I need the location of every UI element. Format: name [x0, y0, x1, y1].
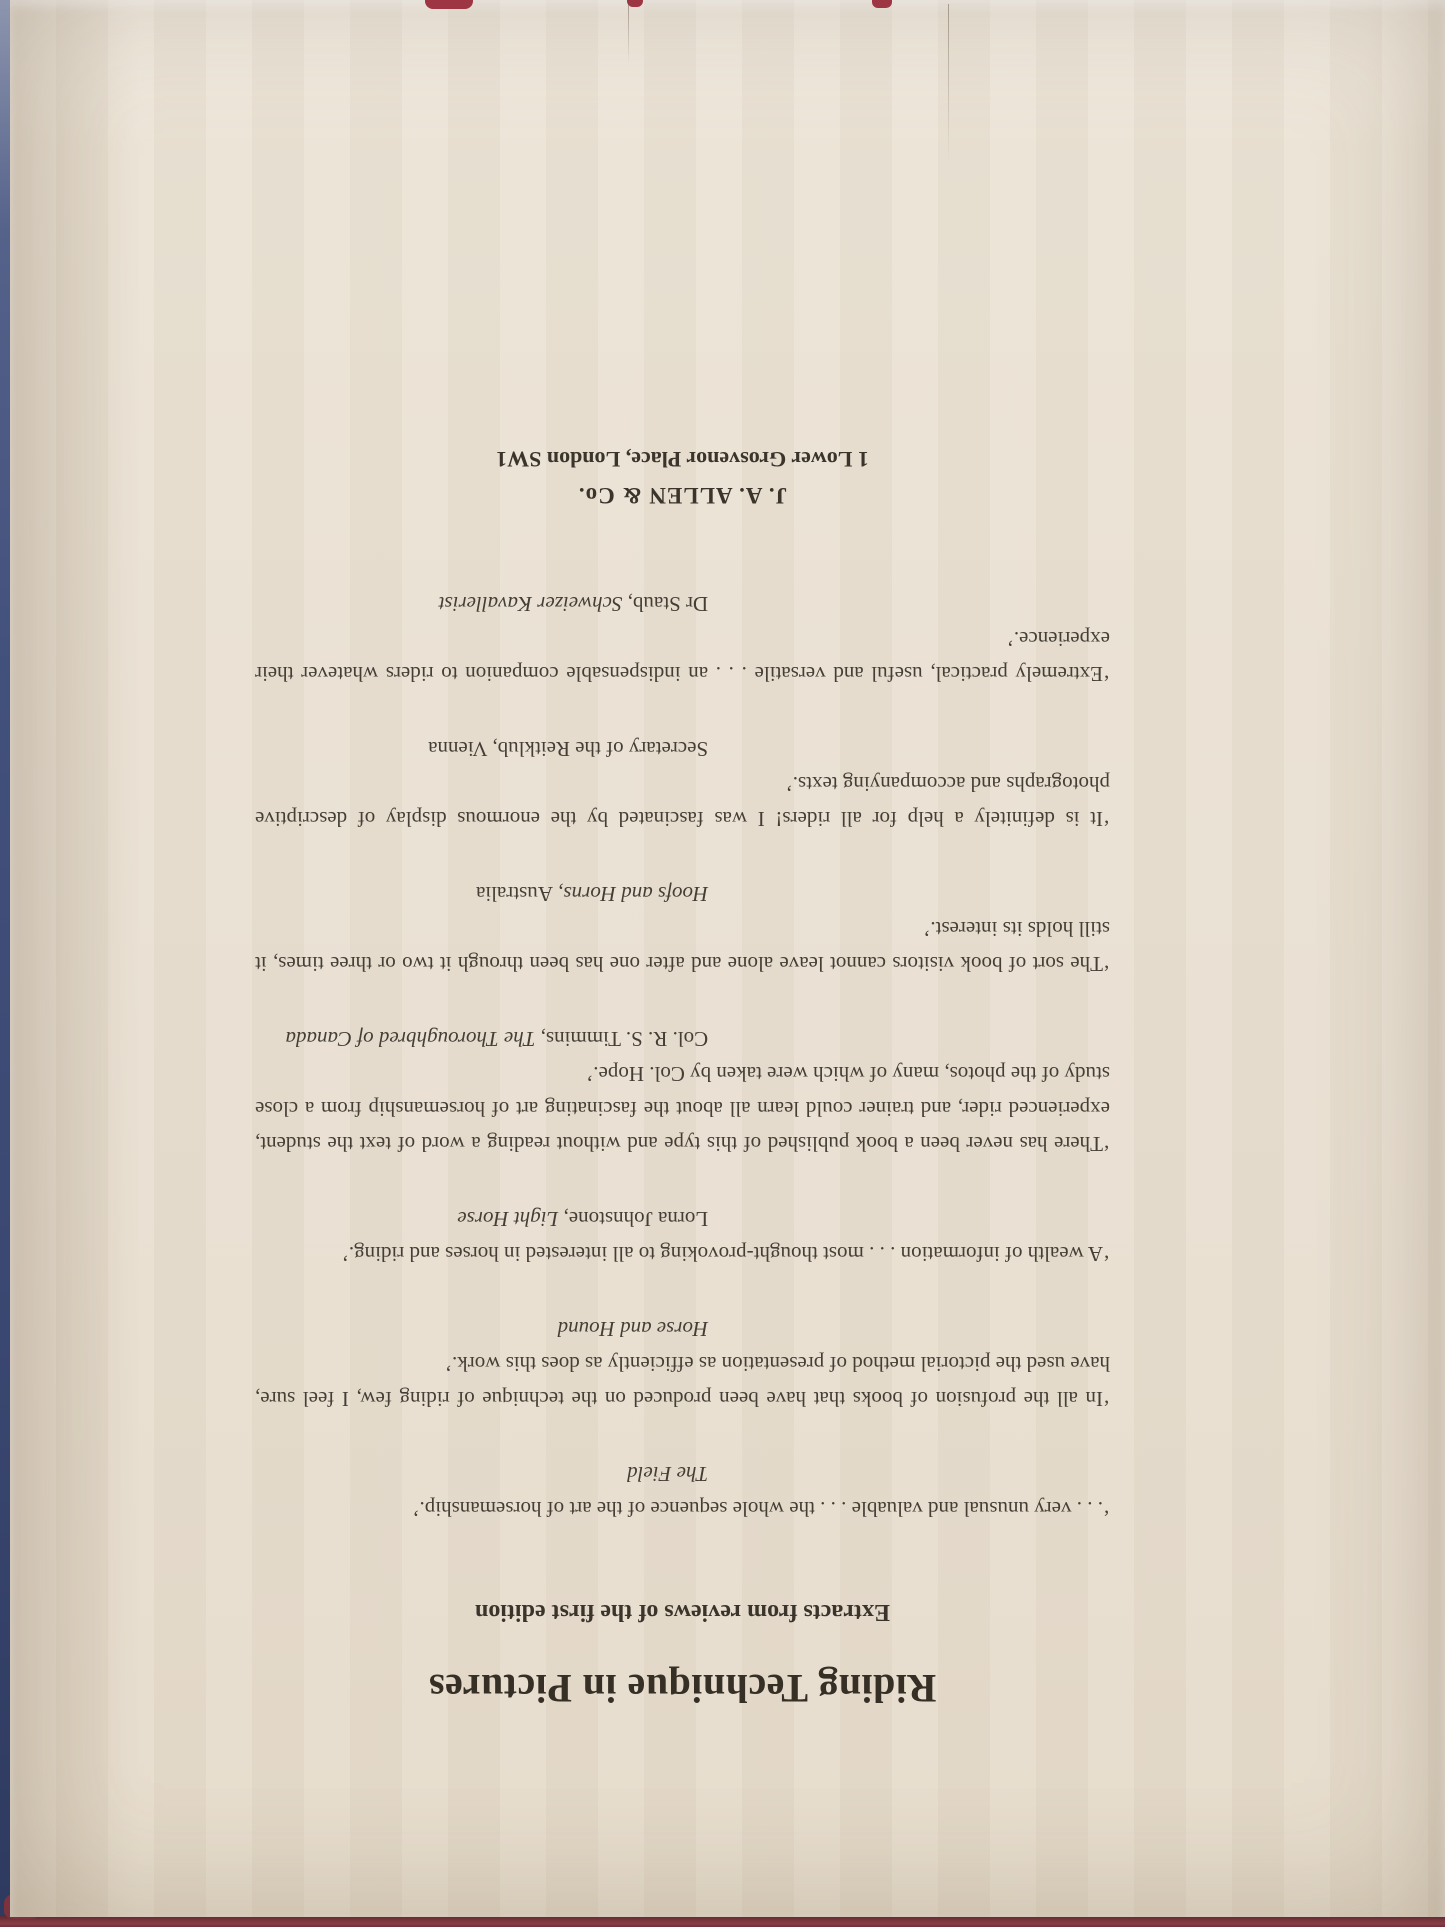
attribution-italic: Light Horse [457, 1207, 558, 1231]
review-attribution: Lorna Johnstone, Light Horse [255, 1201, 1110, 1236]
review-attribution: Dr Staub, Schweizer Kavallerist [255, 586, 1110, 621]
attribution-roman: Secretary of the Reitklub, Vienna [428, 737, 708, 761]
publisher-address: 1 Lower Grosvenor Place, London SW1 [255, 446, 1110, 472]
review-item: ‘Extremely practical, useful and versati… [255, 586, 1110, 691]
text-column: Riding Technique in Pictures Extracts fr… [255, 446, 1110, 1712]
reviews-heading: Extracts from reviews of the first editi… [255, 1598, 1110, 1625]
review-attribution: Horse and Hound [255, 1311, 1110, 1346]
review-attribution: Hoofs and Horns, Australia [255, 876, 1110, 911]
reviews-list: ‘. . . very unusual and valuable . . . t… [255, 586, 1110, 1526]
review-item: ‘There has never been a book published o… [255, 1021, 1110, 1161]
publisher-block: J. A. ALLEN & Co. 1 Lower Grosvenor Plac… [255, 446, 1110, 508]
attribution-italic: Hoofs and Horns, [553, 882, 708, 906]
review-attribution: The Field [255, 1456, 1110, 1491]
review-item: ‘. . . very unusual and valuable . . . t… [255, 1456, 1110, 1526]
attribution-italic: Schweizer Kavallerist [439, 592, 623, 616]
book-title: Riding Technique in Pictures [255, 1665, 1110, 1712]
attribution-italic: The Field [627, 1462, 708, 1486]
review-attribution: Secretary of the Reitklub, Vienna [255, 731, 1110, 766]
review-item: ‘It is definitely a help for all riders!… [255, 731, 1110, 836]
review-item: ‘A wealth of information . . . most thou… [255, 1201, 1110, 1271]
review-quote: ‘There has never been a book published o… [255, 1056, 1110, 1161]
review-item: ‘The sort of book visitors cannot leave … [255, 876, 1110, 981]
review-quote: ‘The sort of book visitors cannot leave … [255, 911, 1110, 981]
attribution-roman-suffix: Australia [476, 882, 553, 906]
attribution-roman: Lorna Johnstone, [558, 1207, 708, 1231]
attribution-roman: Dr Staub, [622, 592, 708, 616]
review-quote: ‘. . . very unusual and valuable . . . t… [255, 1491, 1110, 1526]
review-quote: ‘In all the profusion of books that have… [255, 1346, 1110, 1416]
printed-page-upside-down: Riding Technique in Pictures Extracts fr… [10, 0, 1445, 1917]
review-item: ‘In all the profusion of books that have… [255, 1311, 1110, 1416]
attribution-italic: The Thoroughbred of Canada [286, 1027, 536, 1051]
attribution-italic: Horse and Hound [558, 1317, 709, 1341]
review-attribution: Col. R. S. Timmins, The Thoroughbred of … [255, 1021, 1110, 1056]
publisher-name: J. A. ALLEN & Co. [255, 482, 1110, 508]
review-quote: ‘A wealth of information . . . most thou… [255, 1236, 1110, 1271]
dust-jacket-sheet: Riding Technique in Pictures Extracts fr… [10, 0, 1445, 1917]
book-back-jacket-photo: Riding Technique in Pictures Extracts fr… [0, 0, 1445, 1927]
review-quote: ‘Extremely practical, useful and versati… [255, 621, 1110, 691]
review-quote: ‘It is definitely a help for all riders!… [255, 766, 1110, 836]
attribution-roman: Col. R. S. Timmins, [535, 1027, 708, 1051]
